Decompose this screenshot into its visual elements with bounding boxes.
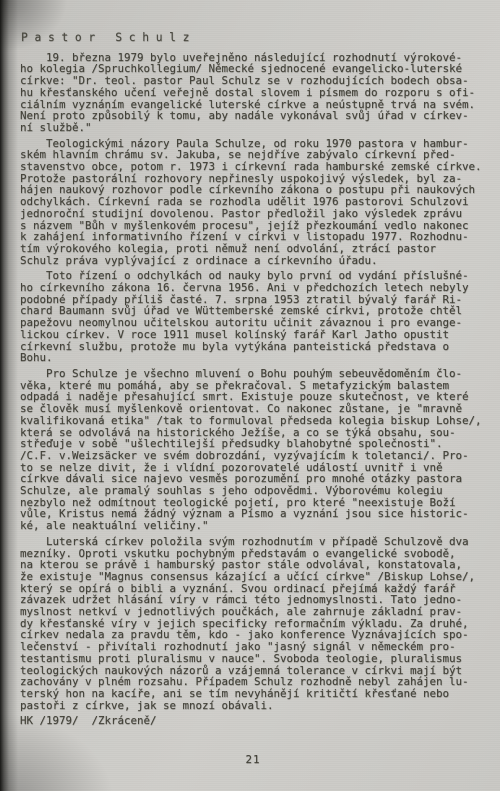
paragraphs: 19. března 1979 bylo uveřejněno následuj… [20, 52, 486, 712]
paragraph: Pro Schulze je všechno mluvení o Bohu po… [20, 368, 486, 532]
paragraph: Toto řízení o odchylkách od nauky bylo p… [20, 270, 486, 364]
document-title: P a s t o r S c h u l z [21, 32, 486, 44]
paragraph: Luterská církev položila svým rozhodnutí… [20, 536, 486, 712]
page-number: 21 [20, 754, 486, 766]
footer-note: HK /1979/ /Zkráceně/ [20, 715, 486, 727]
paragraph: Teologickými názory Paula Schulze, od ro… [20, 138, 486, 267]
scanned-page: P a s t o r S c h u l z 19. března 1979 … [0, 0, 500, 791]
page-content: P a s t o r S c h u l z 19. března 1979 … [0, 0, 500, 766]
paragraph: 19. března 1979 bylo uveřejněno následuj… [20, 52, 486, 134]
